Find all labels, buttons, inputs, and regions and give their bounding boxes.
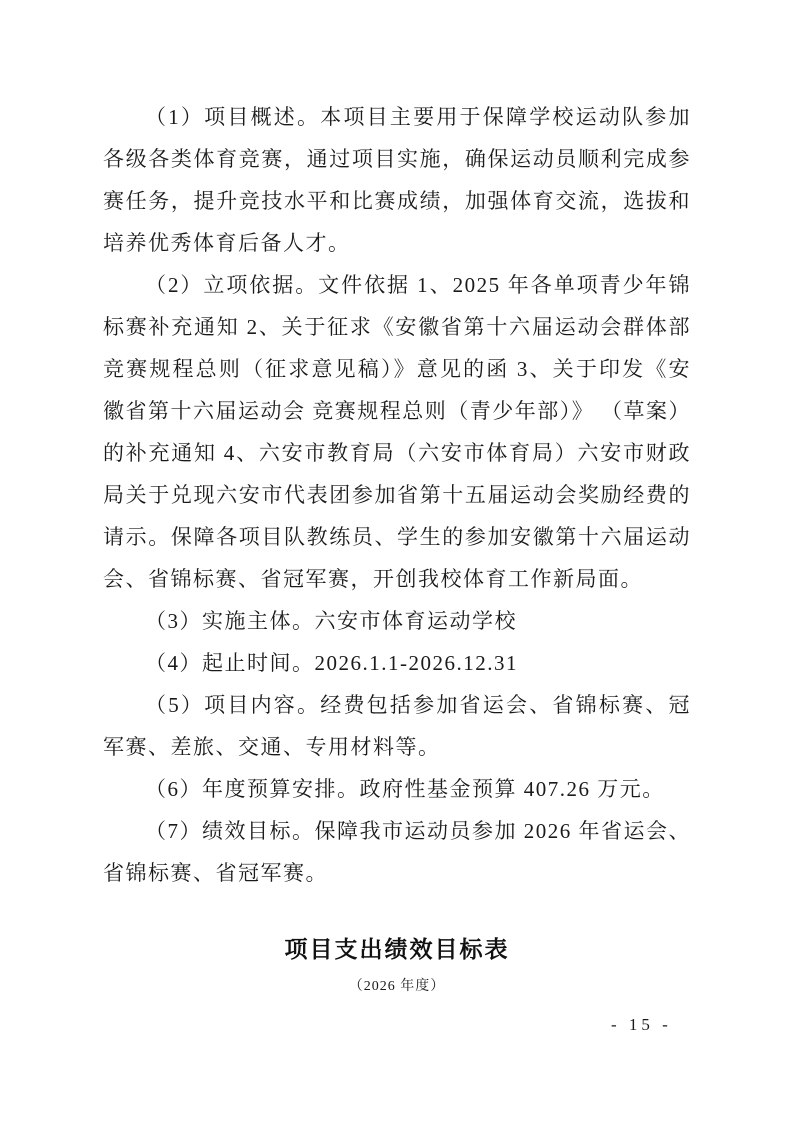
paragraph-project-overview: （1）项目概述。本项目主要用于保障学校运动队参加各级各类体育竞赛，通过项目实施，… bbox=[103, 96, 691, 264]
document-page: （1）项目概述。本项目主要用于保障学校运动队参加各级各类体育竞赛，通过项目实施，… bbox=[0, 0, 793, 1122]
paragraph-implementing-entity: （3）实施主体。六安市体育运动学校 bbox=[103, 600, 691, 642]
page-body: （1）项目概述。本项目主要用于保障学校运动队参加各级各类体育竞赛，通过项目实施，… bbox=[103, 96, 691, 997]
table-subtitle: （2026 年度） bbox=[103, 977, 691, 997]
paragraph-project-content: （5）项目内容。经费包括参加省运会、省锦标赛、冠军赛、差旅、交通、专用材料等。 bbox=[103, 684, 691, 768]
page-number: - 15 - bbox=[611, 1013, 672, 1037]
table-title: 项目支出绩效目标表 bbox=[103, 934, 691, 964]
paragraph-approval-basis: （2）立项依据。文件依据 1、2025 年各单项青少年锦标赛补充通知 2、关于征… bbox=[103, 264, 691, 600]
paragraph-performance-goal: （7）绩效目标。保障我市运动员参加 2026 年省运会、省锦标赛、省冠军赛。 bbox=[103, 810, 691, 894]
paragraph-annual-budget: （6）年度预算安排。政府性基金预算 407.26 万元。 bbox=[103, 768, 691, 810]
paragraph-time-period: （4）起止时间。2026.1.1-2026.12.31 bbox=[103, 642, 691, 684]
